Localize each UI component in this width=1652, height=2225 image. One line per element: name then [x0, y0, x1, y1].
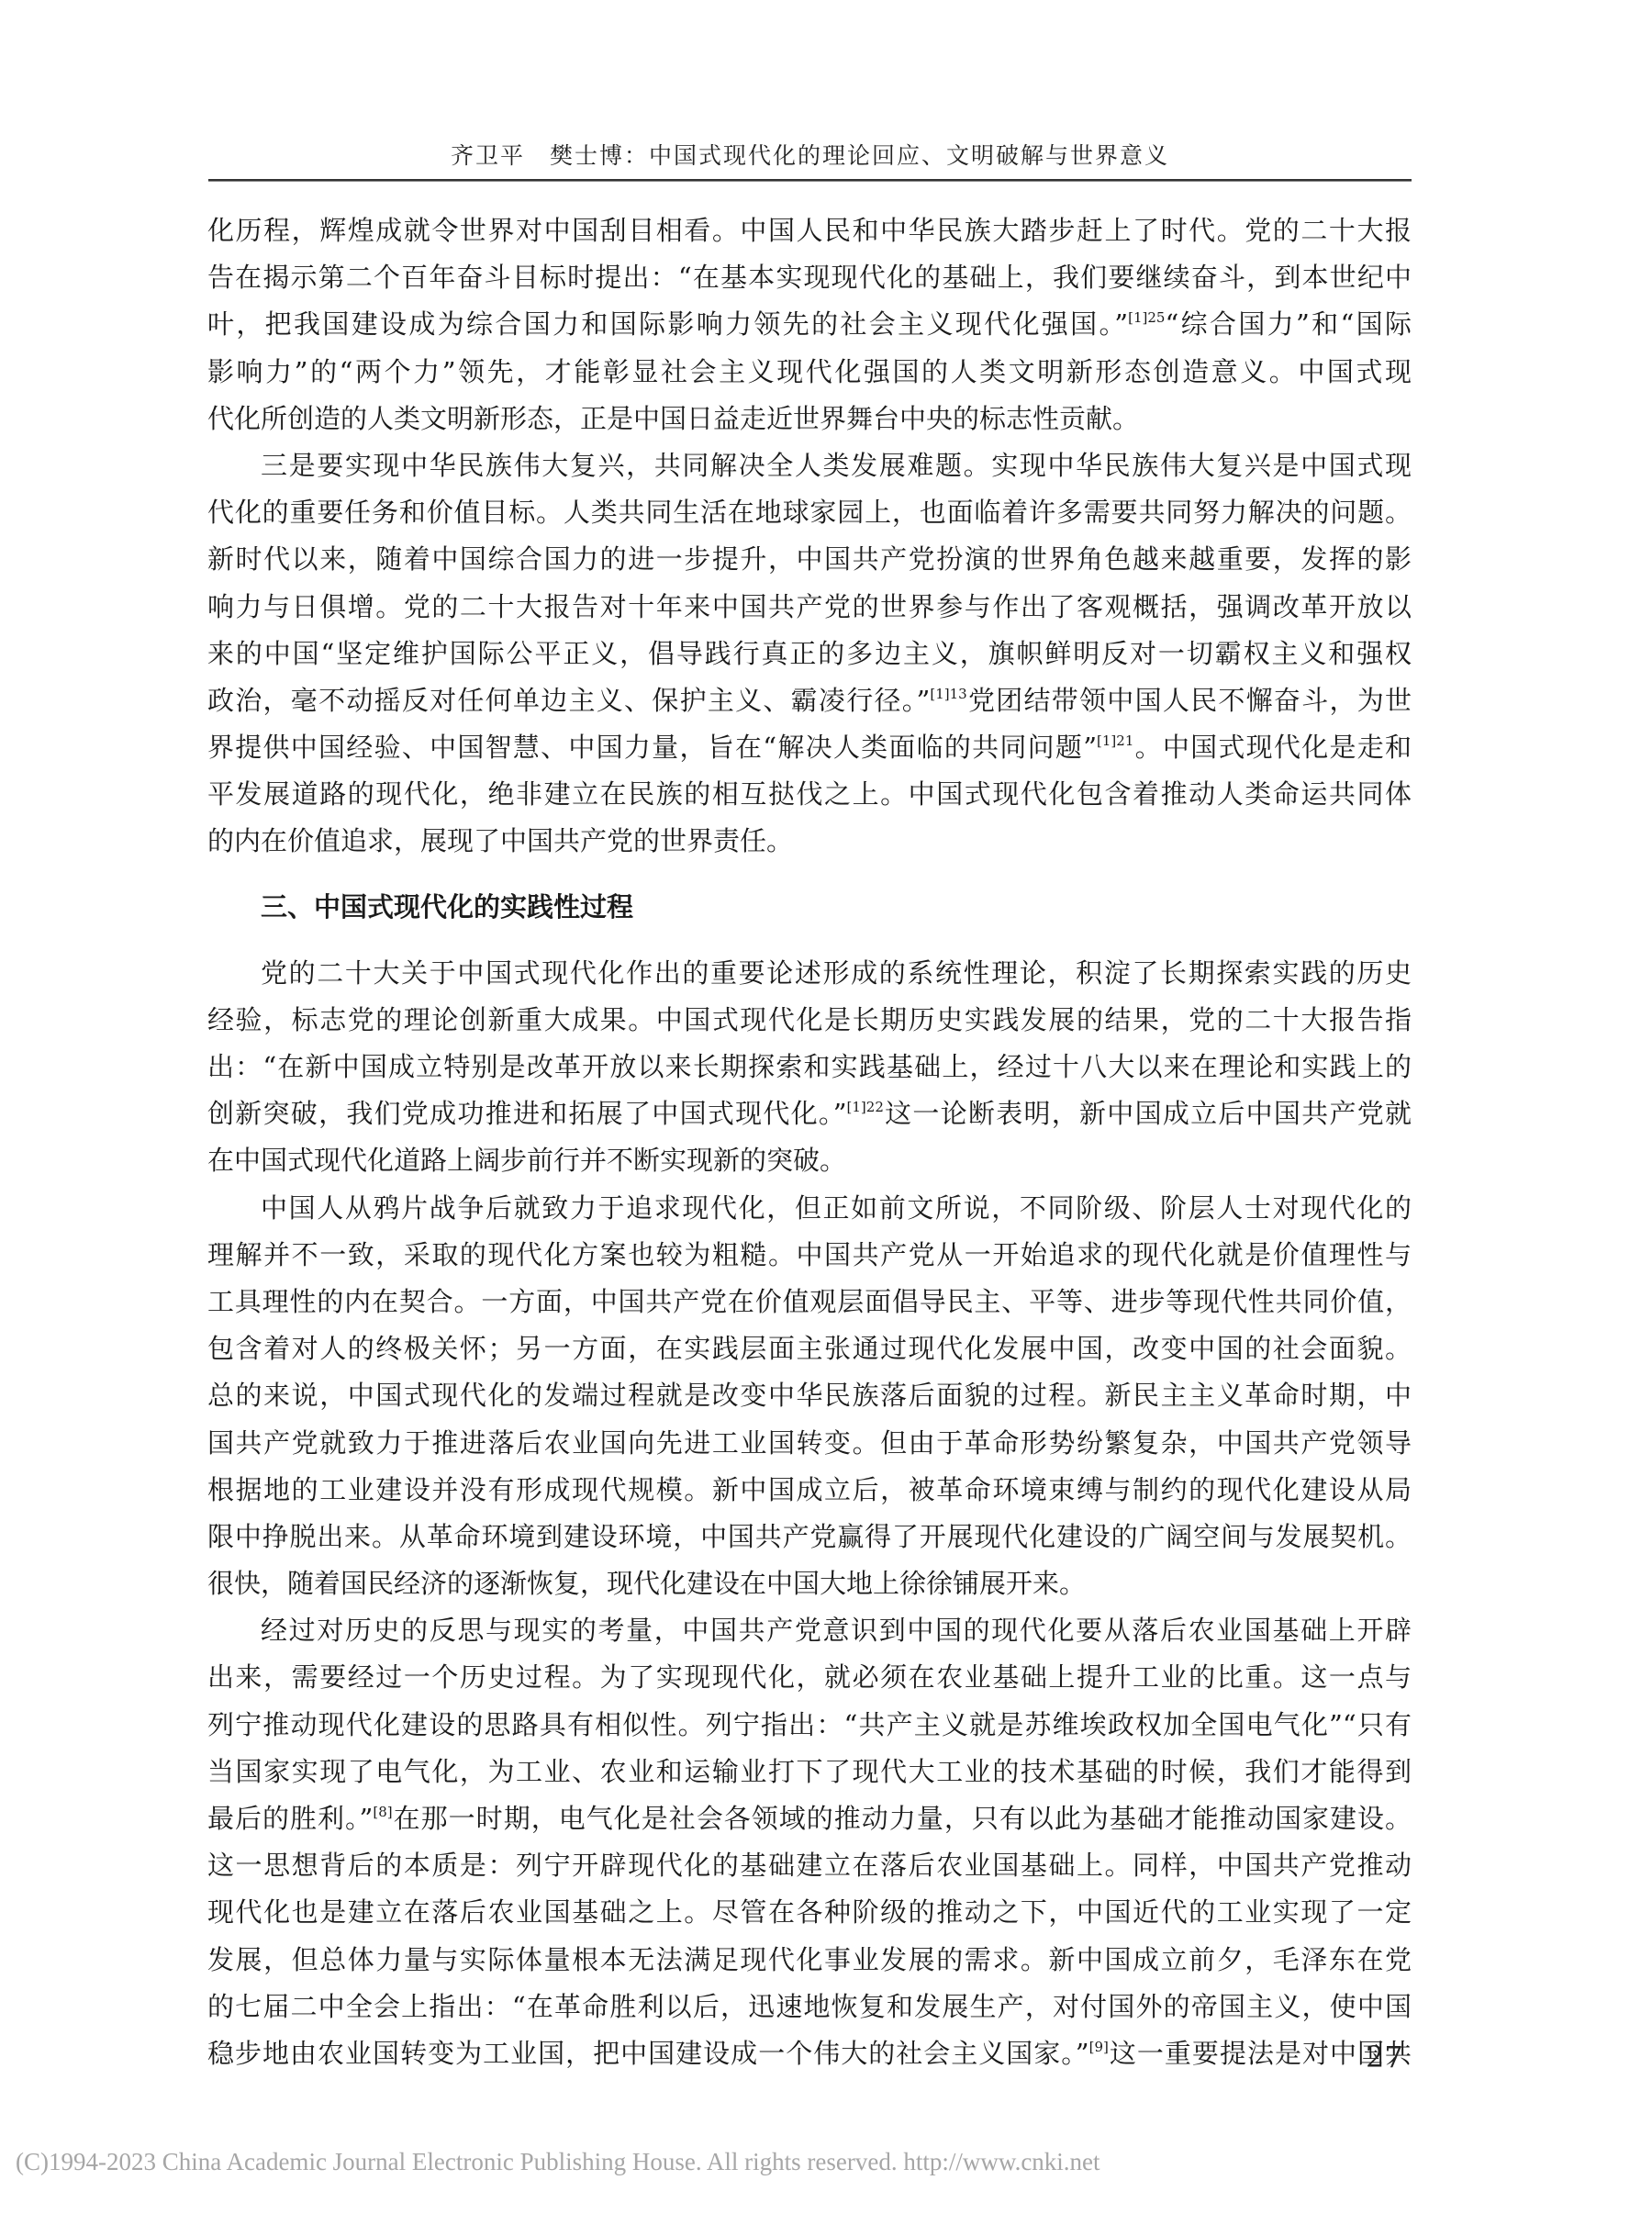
paragraph-start: 三是要实现中华民族伟大复兴，共同解决全人类发展难题。实现中华民族伟大复兴是中国式…: [207, 442, 1412, 489]
text-line: 包含着对人的终极关怀；另一方面，在实践层面主张通过现代化发展中国，改变中国的社会…: [207, 1325, 1412, 1372]
text-line: 当国家实现了电气化，为工业、农业和运输业打下了现代大工业的技术基础的时候，我们才…: [207, 1749, 1412, 1795]
text-line: 告在揭示第二个百年奋斗目标时提出：“在基本实现现代化的基础上，我们要继续奋斗，到…: [207, 254, 1412, 301]
text-line: 代化所创造的人类文明新形态，正是中国日益走近世界舞台中央的标志性贡献。: [207, 396, 1412, 442]
text-segment: “综合国力”和“国际: [1165, 308, 1412, 340]
text-line: 响力与日俱增。党的二十大报告对十年来中国共产党的世界参与作出了客观概括，强调改革…: [207, 584, 1412, 631]
text-line: 平发展道路的现代化，绝非建立在民族的相互挞伐之上。中国式现代化包含着推动人类命运…: [207, 771, 1412, 818]
text-segment: 稳步地由农业国转变为工业国，把中国建设成一个伟大的社会主义国家。”: [207, 2038, 1089, 2069]
text-line: 根据地的工业建设并没有形成现代规模。新中国成立后，被革命环境束缚与制约的现代化建…: [207, 1467, 1412, 1514]
text-segment: 界提供中国经验、中国智慧、中国力量，旨在“解决人类面临的共同问题”: [207, 732, 1097, 763]
text-line: 现代化也是建立在落后农业国基础之上。尽管在各种阶级的推动之下，中国近代的工业实现…: [207, 1889, 1412, 1936]
text-segment: 最后的胜利。”: [207, 1803, 373, 1834]
citation-marker: [1]25: [1128, 309, 1165, 326]
text-segment: 党团结带领中国人民不懈奋斗，为世: [967, 685, 1412, 716]
text-line: 的内在价值追求，展现了中国共产党的世界责任。: [207, 818, 1412, 865]
citation-marker: [1]13: [930, 686, 966, 702]
text-segment: 在那一时期，电气化是社会各领域的推动力量，只有以此为基础才能推动国家建设。: [393, 1803, 1412, 1834]
text-line: 列宁推动现代化建设的思路具有相似性。列宁指出：“共产主义就是苏维埃政权加全国电气…: [207, 1702, 1412, 1749]
text-line: 化历程，辉煌成就令世界对中国刮目相看。中国人民和中华民族大踏步赶上了时代。党的二…: [207, 207, 1412, 254]
text-line: 最后的胜利。”[8]在那一时期，电气化是社会各领域的推动力量，只有以此为基础才能…: [207, 1795, 1412, 1842]
header-rule: [208, 179, 1412, 182]
text-line: 叶，把我国建设成为综合国力和国际影响力领先的社会主义现代化强国。”[1]25“综…: [207, 301, 1412, 348]
paragraph-start: 党的二十大关于中国式现代化作出的重要论述形成的系统性理论，积淀了长期探索实践的历…: [207, 950, 1412, 997]
text-segment: 创新突破，我们党成功推进和拓展了中国式现代化。”: [207, 1098, 847, 1129]
article-body: 化历程，辉煌成就令世界对中国刮目相看。中国人民和中华民族大踏步赶上了时代。党的二…: [207, 207, 1412, 2077]
text-line: 限中挣脱出来。从革命环境到建设环境，中国共产党赢得了开展现代化建设的广阔空间与发…: [207, 1514, 1412, 1560]
text-line: 的七届二中全会上指出：“在革命胜利以后，迅速地恢复和发展生产，对付国外的帝国主义…: [207, 1984, 1412, 2030]
text-segment: 政治，毫不动摇反对任何单边主义、保护主义、霸凌行径。”: [207, 685, 930, 716]
paragraph-start: 中国人从鸦片战争后就致力于追求现代化，但正如前文所说，不同阶级、阶层人士对现代化…: [207, 1185, 1412, 1232]
text-line: 出来，需要经过一个历史过程。为了实现现代化，就必须在农业基础上提升工业的比重。这…: [207, 1654, 1412, 1701]
copyright-notice: (C)1994-2023 China Academic Journal Elec…: [16, 2148, 1100, 2176]
text-line: 界提供中国经验、中国智慧、中国力量，旨在“解决人类面临的共同问题”[1]21。中…: [207, 724, 1412, 771]
text-line: 新时代以来，随着中国综合国力的进一步提升，中国共产党扮演的世界角色越来越重要，发…: [207, 536, 1412, 583]
text-line: 工具理性的内在契合。一方面，中国共产党在价值观层面倡导民主、平等、进步等现代性共…: [207, 1279, 1412, 1325]
text-line: 国共产党就致力于推进落后农业国向先进工业国转变。但由于革命形势纷繁复杂，中国共产…: [207, 1420, 1412, 1467]
text-line: 影响力”的“两个力”领先，才能彰显社会主义现代化强国的人类文明新形态创造意义。中…: [207, 349, 1412, 396]
text-line: 在中国式现代化道路上阔步前行并不断实现新的突破。: [207, 1137, 1412, 1184]
text-line: 很快，随着国民经济的逐渐恢复，现代化建设在中国大地上徐徐铺展开来。: [207, 1560, 1412, 1607]
text-line: 发展，但总体力量与实际体量根本无法满足现代化事业发展的需求。新中国成立前夕，毛泽…: [207, 1937, 1412, 1984]
running-header: 齐卫平 樊士博：中国式现代化的理论回应、文明破解与世界意义: [206, 138, 1413, 171]
text-line: 出：“在新中国成立特别是改革开放以来长期探索和实践基础上，经过十八大以来在理论和…: [207, 1044, 1412, 1090]
text-segment: 叶，把我国建设成为综合国力和国际影响力领先的社会主义现代化强国。”: [207, 308, 1128, 340]
section-heading: 三、中国式现代化的实践性过程: [207, 877, 1412, 937]
text-line: 这一思想背后的本质是：列宁开辟现代化的基础建立在落后农业国基础上。同样，中国共产…: [207, 1842, 1412, 1889]
text-line: 理解并不一致，采取的现代化方案也较为粗糙。中国共产党从一开始追求的现代化就是价值…: [207, 1232, 1412, 1279]
text-line: 来的中国“坚定维护国际公平正义，倡导践行真正的多边主义，旗帜鲜明反对一切霸权主义…: [207, 631, 1412, 677]
text-line: 政治，毫不动摇反对任何单边主义、保护主义、霸凌行径。”[1]13党团结带领中国人…: [207, 677, 1412, 724]
citation-marker: [8]: [373, 1804, 392, 1820]
text-line: 创新突破，我们党成功推进和拓展了中国式现代化。”[1]22这一论断表明，新中国成…: [207, 1090, 1412, 1137]
text-segment: 这一论断表明，新中国成立后中国共产党就: [884, 1098, 1412, 1129]
text-segment: 。中国式现代化是走和: [1133, 732, 1412, 763]
text-line: 总的来说，中国式现代化的发端过程就是改变中华民族落后面貌的过程。新民主主义革命时…: [207, 1372, 1412, 1419]
citation-marker: [1]21: [1097, 732, 1133, 749]
paragraph-start: 经过对历史的反思与现实的考量，中国共产党意识到中国的现代化要从落后农业国基础上开…: [207, 1607, 1412, 1654]
citation-marker: [9]: [1089, 2039, 1109, 2055]
text-line: 稳步地由农业国转变为工业国，把中国建设成一个伟大的社会主义国家。”[9]这一重要…: [207, 2030, 1412, 2077]
page-number: 27: [1366, 2040, 1403, 2074]
text-line: 代化的重要任务和价值目标。人类共同生活在地球家园上，也面临着许多需要共同努力解决…: [207, 489, 1412, 536]
text-line: 经验，标志党的理论创新重大成果。中国式现代化是长期历史实践发展的结果，党的二十大…: [207, 997, 1412, 1044]
citation-marker: [1]22: [847, 1099, 884, 1115]
